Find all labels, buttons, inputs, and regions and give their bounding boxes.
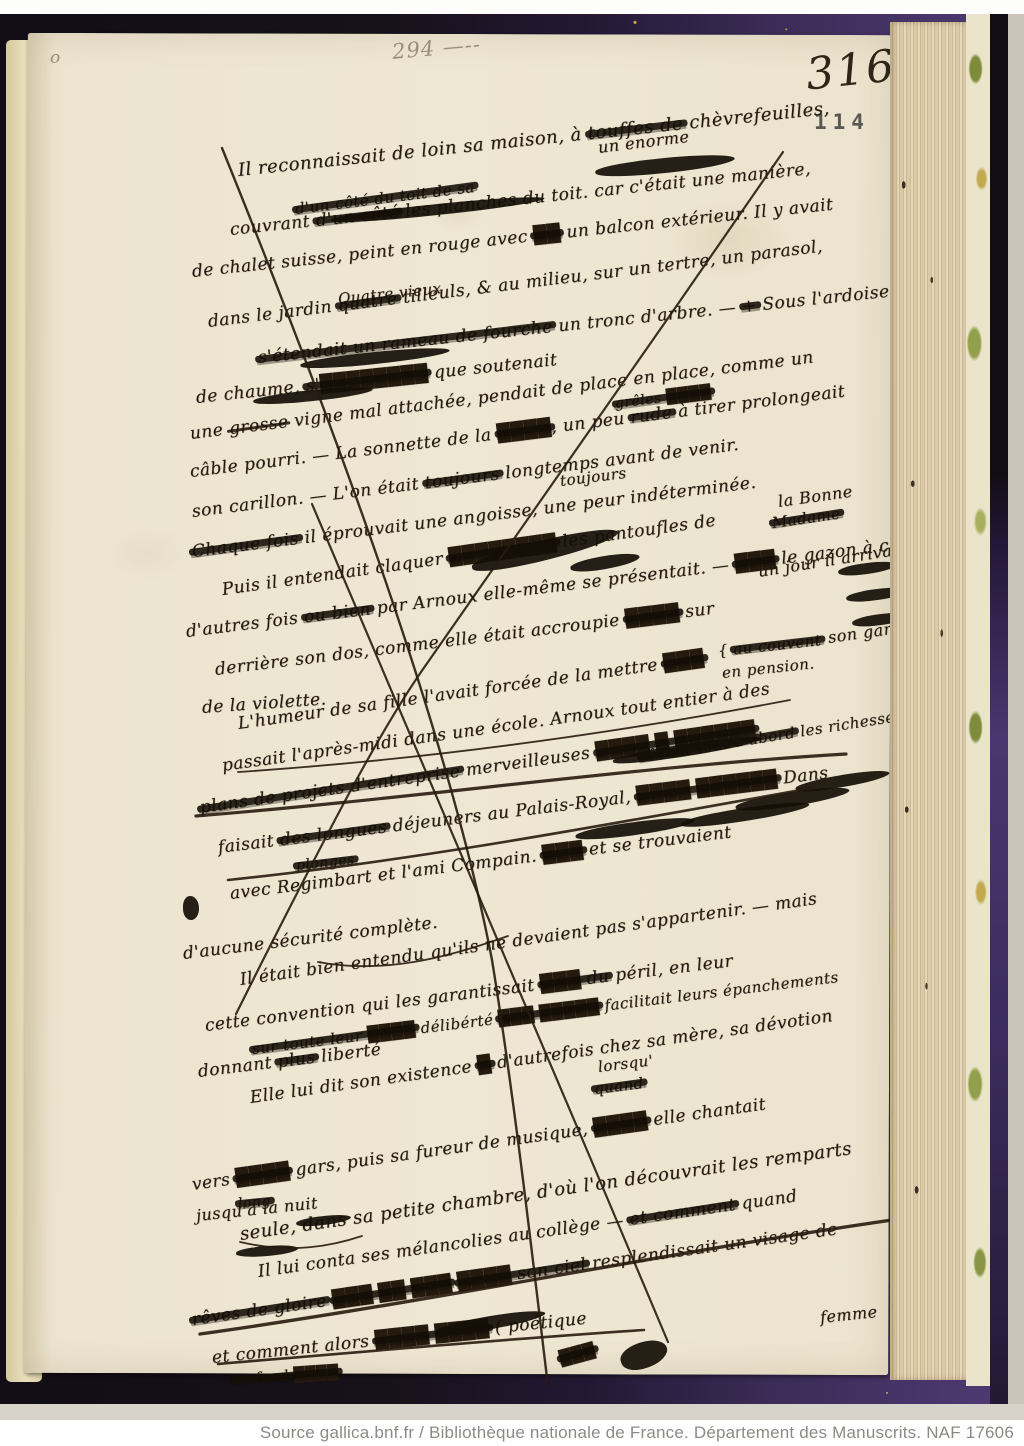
- pencil-mark: o: [50, 48, 60, 68]
- struck-text: ██: [533, 223, 562, 246]
- page-edges: [890, 22, 966, 1380]
- scanned-manuscript-view: o 294 —-- 316. 114 Source gallica.bnf.fr…: [0, 0, 1024, 1446]
- caption-bar: Source gallica.bnf.fr / Bibliothèque nat…: [0, 1420, 1024, 1446]
- scan-background-bottom: [0, 1404, 1024, 1420]
- scan-background-right: [1008, 14, 1024, 1404]
- struck-text: +: [741, 296, 758, 317]
- source-caption: Source gallica.bnf.fr / Bibliothèque nat…: [260, 1423, 1024, 1443]
- ink-blot: [183, 896, 199, 920]
- marbled-endpaper: [966, 14, 990, 1386]
- hand-text: sur: [678, 599, 715, 623]
- book-spine-right: [990, 14, 1008, 1404]
- struck-text: █: [476, 1054, 492, 1076]
